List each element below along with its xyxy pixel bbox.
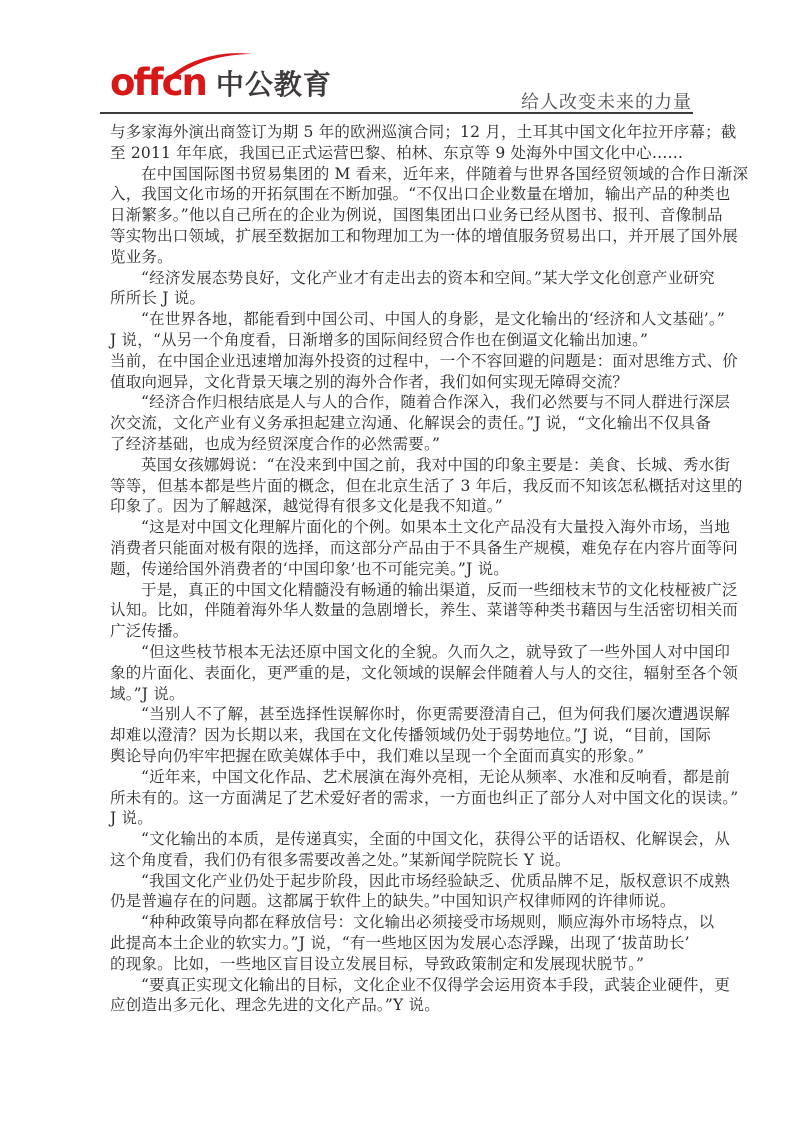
text-line: 应创造出多元化、理念先进的文化产品。”Y 说。: [110, 995, 688, 1016]
text-line: 题，传递给国外消费者的‘中国印象’也不可能完美。”J 说。: [110, 559, 688, 580]
document-page: offcn 中公教育 给人改变未来的力量 与多家海外演出商签订为期 5 年的欧洲…: [0, 0, 793, 1122]
text-line: 象的片面化、表面化，更严重的是，文化领域的误解会伴随着人与人的交往，辐射至各个领: [110, 663, 688, 684]
text-line: “种种政策导向都在释放信号：文化输出必须接受市场规则，顺应海外市场特点，以: [110, 912, 688, 933]
text-line: 认知。比如，伴随着海外华人数量的急剧增长，养生、菜谱等种类书藉因与生活密切相关而: [110, 600, 688, 621]
document-lines: 与多家海外演出商签订为期 5 年的欧洲巡演合同；12 月，土耳其中国文化年拉开序…: [110, 122, 688, 1016]
offcn-logo: offcn 中公教育: [110, 52, 332, 102]
text-line: “但这些枝节根本无法还原中国文化的全貌。久而久之，就导致了一些外国人对中国印: [110, 642, 688, 663]
text-line: 域。”J 说。: [110, 684, 688, 705]
text-line: 当前，在中国企业迅速增加海外投资的过程中，一个不容回避的问题是：面对思维方式、价: [110, 351, 688, 372]
text-line: 印象了。因为了解越深，越觉得有很多文化是我不知道。”: [110, 496, 688, 517]
text-line: 所未有的。这一方面满足了艺术爱好者的需求，一方面也纠正了部分人对中国文化的误读。…: [110, 788, 688, 809]
text-line: 与多家海外演出商签订为期 5 年的欧洲巡演合同；12 月，土耳其中国文化年拉开序…: [110, 122, 688, 143]
text-line: 等实物出口领域，扩展至数据加工和物理加工为一体的增值服务贸易出口，并开展了国外展: [110, 226, 688, 247]
text-line: 次交流，文化产业有义务承担起建立沟通、化解误会的责任。”J 说，“文化输出不仅具…: [110, 413, 688, 434]
offcn-logo-wordmark: offcn: [110, 54, 206, 102]
text-line: “我国文化产业仍处于起步阶段，因此市场经验缺乏、优质品牌不足，版权意识不成熟: [110, 871, 688, 892]
text-line: J 说，“从另一个角度看，日渐增多的国际间经贸合作也在倒逼文化输出加速。”: [110, 330, 688, 351]
text-line: 英国女孩娜姆说：“在没来到中国之前，我对中国的印象主要是：美食、长城、秀水街: [110, 455, 688, 476]
text-line: “要真正实现文化输出的目标，文化企业不仅得学会运用资本手段，武装企业硬件，更: [110, 975, 688, 996]
company-tagline: 给人改变未来的力量: [521, 88, 692, 114]
text-line: 等等，但基本都是些片面的概念，但在北京生活了 3 年后，我反而不知该怎私概括对这…: [110, 476, 688, 497]
text-line: “经济合作归根结底是人与人的合作，随着合作深入，我们必然要与不同人群进行深层: [110, 392, 688, 413]
text-line: J 说。: [110, 808, 688, 829]
text-line: “当别人不了解，甚至选择性误解你时，你更需要澄清自己，但为何我们屡次遭遇误解: [110, 704, 688, 725]
text-line: “经济发展态势良好，文化产业才有走出去的资本和空间。”某大学文化创意产业研究: [110, 268, 688, 289]
text-line: 的现象。比如，一些地区盲目设立发展目标，导致政策制定和发展现状脱节。”: [110, 954, 688, 975]
text-line: 在中国国际图书贸易集团的 M 看来，近年来，伴随着与世界各国经贸领域的合作日渐深: [110, 164, 688, 185]
text-line: 仍是普遍存在的问题。这都属于软件上的缺失。”中国知识产权律师网的许律师说。: [110, 891, 688, 912]
text-line: “在世界各地，都能看到中国公司、中国人的身影，是文化输出的‘经济和人文基础’。”: [110, 309, 688, 330]
text-line: 值取向迥异，文化背景天壤之别的海外合作者，我们如何实现无障碍交流？: [110, 372, 688, 393]
text-line: 览业务。: [110, 247, 688, 268]
text-line: 至 2011 年年底，我国已正式运营巴黎、柏林、东京等 9 处海外中国文化中心……: [110, 143, 688, 164]
header-divider: [100, 112, 693, 114]
text-line: 消费者只能面对极有限的选择，而这部分产品由于不具备生产规模，难免存在内容片面等问: [110, 538, 688, 559]
text-line: 日渐繁多。”他以自己所在的企业为例说，国图集团出口业务已经从图书、报刊、音像制品: [110, 205, 688, 226]
text-line: 舆论导向仍牢牢把握在欧美媒体手中，我们难以呈现一个全面而真实的形象。”: [110, 746, 688, 767]
text-line: 了经济基础，也成为经贸深度合作的必然需要。”: [110, 434, 688, 455]
text-line: 此提高本土企业的软实力。”J 说，“有一些地区因为发展心态浮躁，出现了‘拔苗助长…: [110, 933, 688, 954]
text-line: 广泛传播。: [110, 621, 688, 642]
text-line: 所所长 J 说。: [110, 288, 688, 309]
text-line: “文化输出的本质，是传递真实，全面的中国文化，获得公平的话语权、化解误会，从: [110, 829, 688, 850]
text-line: 入，我国文化市场的开拓氛围在不断加强。“不仅出口企业数量在增加，输出产品的种类也: [110, 184, 688, 205]
text-line: “这是对中国文化理解片面化的个例。如果本土文化产品没有大量投入海外市场，当地: [110, 517, 688, 538]
text-line: 这个角度看，我们仍有很多需要改善之处。”某新闻学院院长 Y 说。: [110, 850, 688, 871]
brand-swoosh-icon: [168, 52, 254, 78]
text-line: “近年来，中国文化作品、艺术展演在海外亮相，无论从频率、水准和反响看，都是前: [110, 767, 688, 788]
text-line: 于是，真正的中国文化精髓没有畅通的输出渠道，反而一些细枝末节的文化枝桠被广泛: [110, 580, 688, 601]
text-line: 却难以澄清？因为长期以来，我国在文化传播领域仍处于弱势地位。”J 说，“目前，国…: [110, 725, 688, 746]
